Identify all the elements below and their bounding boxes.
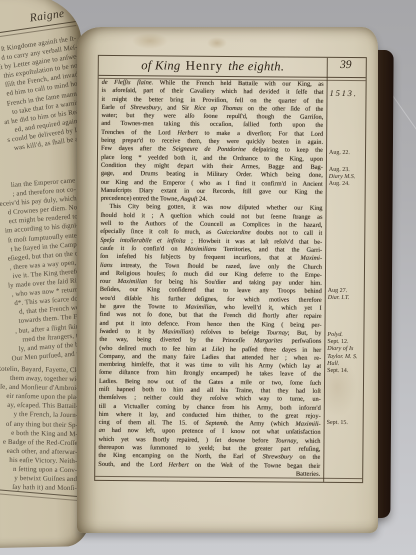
margin-note: Polyd.Sept. 12.Diary of IsTaylor. M. S.H… [327, 332, 358, 375]
body-text: de Fleſſis ſlaine. While the French held… [98, 79, 323, 479]
running-header: of King Henry the eighth. [99, 57, 327, 75]
frame-bottom-rule [95, 476, 362, 479]
margin-note: Aug. 22. [329, 150, 350, 157]
running-header-king-name: Henry [184, 58, 226, 73]
paper-stain [132, 33, 168, 49]
margin-note-year: 1513. [330, 90, 358, 97]
margin-note: Aug 27.Diar. I.T. [328, 288, 350, 303]
page-number: 39 [327, 59, 365, 71]
text-frame: of King Henry the eighth. 39 de Fleſſis … [94, 55, 367, 483]
left-page-text-fragments-bottom: Rotelin, Bayard, Fayette, Cl-them away, … [0, 364, 81, 494]
paper-stain [207, 37, 227, 49]
margin-note: Sept. 15. [327, 420, 348, 427]
margin-notes-column: 1513.Aug. 22.Aug. 23.Diary M.S.Aug. 24.A… [326, 80, 364, 482]
right-page: of King Henry the eighth. 39 de Fleſſis … [77, 27, 378, 533]
running-header-pre: of King [141, 58, 180, 72]
margin-note: Aug. 23.Diary M.S.Aug. 24. [329, 167, 356, 189]
running-header-post: the eighth. [228, 59, 284, 73]
photo-background: Raigne ſt Kingdome againſt the ſt-d to c… [0, 0, 416, 555]
